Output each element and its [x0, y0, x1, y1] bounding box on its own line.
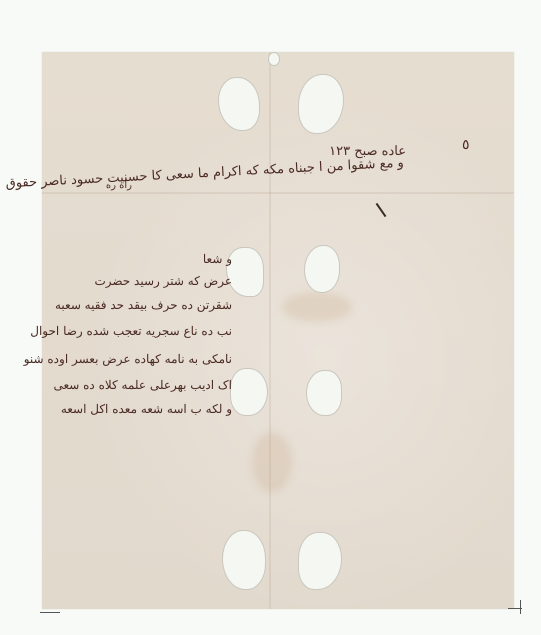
header-line-3: راه ره [82, 180, 132, 191]
worm-hole [268, 52, 280, 66]
body-line-6: اک ادیب بهرعلی علمه کلاه ده سعی [82, 378, 232, 392]
worm-hole [230, 368, 268, 416]
body-line-4: نب ده ناع سجریه تعجب شده رضا احوال [82, 324, 232, 338]
body-line-3: شقرتن ده حرف بیقد حد فقیه سعبه [82, 298, 232, 312]
crop-mark [520, 600, 521, 614]
worm-hole [298, 532, 342, 590]
pen-stroke [376, 203, 387, 217]
crop-mark [508, 608, 522, 609]
worm-hole [306, 370, 342, 416]
fold-line-horizontal [42, 192, 514, 194]
crop-mark [40, 612, 60, 613]
stain [252, 432, 292, 492]
worm-hole [304, 245, 340, 293]
worm-hole [298, 74, 344, 134]
body-line-7: و لکه ب اسه شعه معده اکل اسعه [82, 402, 232, 416]
body-line-2: عرض که شتر رسید حضرت [82, 274, 232, 288]
fold-line [269, 52, 271, 609]
body-line-5: نامکی به نامه کهاده عرض بعسر اوده شنو [82, 352, 232, 366]
margin-mark: ٥ [462, 137, 470, 153]
worm-hole [222, 530, 266, 590]
worm-hole [218, 77, 260, 131]
stain [282, 292, 352, 322]
body-line-1: و شعا [82, 252, 232, 266]
manuscript-page: ٥ عاده صبح ۱۲۳ و مع شقوا من ا جبناه مکه … [42, 52, 514, 609]
